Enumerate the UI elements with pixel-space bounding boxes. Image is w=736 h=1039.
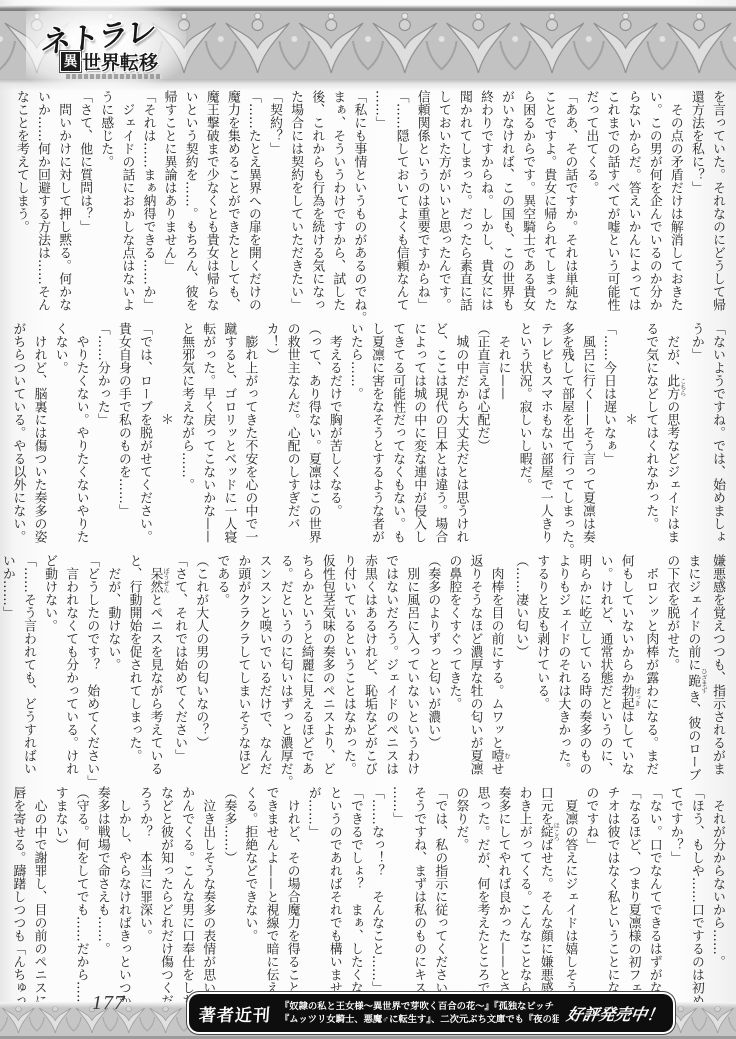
- text-line: かんでくる。こんな男に口奉仕をした: [176, 786, 197, 1004]
- text-line: なことを考えてしまう。: [11, 90, 32, 308]
- text-line: がちらついている。やる以外にない。: [7, 322, 28, 540]
- text-line: 呆然ぼうぜんとペニスを見ながら考えている: [144, 554, 169, 772]
- text-line: （奏多のよりずっと匂いが濃い）: [422, 554, 443, 772]
- text-line: ＊: [619, 322, 640, 540]
- text-line: 「どうしたのです？ 始めてください」: [81, 554, 102, 772]
- text-line: そうですね、まずは私のものにキスを: [408, 786, 429, 1004]
- text-line: だが、動けない。: [102, 554, 123, 772]
- text-line: などと彼が知ったらどれだけ傷つくだ: [155, 786, 176, 1004]
- text-line: というのであればそれでも構いません: [324, 786, 345, 1004]
- text-line: よりもジェイドのそれは大きかった。: [552, 554, 573, 772]
- text-line: ……」: [369, 90, 390, 308]
- on-sale-badge: 好評発売中！: [565, 1002, 665, 1025]
- text-line: けれど、脳裏には傷ついた奏多の姿: [28, 322, 49, 540]
- author-books-label: 著者近刊: [198, 1001, 272, 1026]
- text-line: わき上がってくる。こんなことならば: [514, 786, 535, 1004]
- page-body: を言っていた。それなのにどうして帰還方法を私に？」 その点の矛盾だけは解消してお…: [8, 90, 728, 1004]
- text-line: 還方法を私に？」: [686, 90, 707, 308]
- text-line: 「さて、他に質問は？」: [74, 90, 95, 308]
- text-line: 考えるだけで胸が苦しくなる。: [324, 322, 345, 540]
- text-line: ではないだろう。ジェイドのペニスは: [380, 554, 401, 772]
- text-line: 「それは……まぁ納得できる……か」: [137, 90, 158, 308]
- text-line: （……凄い匂い）: [510, 554, 531, 772]
- text-line: ど、ここは現代の日本とは違う。場合: [429, 322, 450, 540]
- text-line: し夏凛に害をなそうとするような者が: [366, 322, 387, 540]
- author-books-bar: 著者近刊 『奴隷の私と王女様～異世界で芽吹く百合の花～』『孤独なビッチ 異世界風…: [189, 994, 673, 1032]
- text-line: 「契約？」: [264, 90, 285, 308]
- text-line: の鼻腔をくすぐってきた。: [443, 554, 464, 772]
- text-line: いたら……。: [345, 322, 366, 540]
- text-line: それに——: [492, 322, 513, 540]
- text-line: いか……何か回避する方法は……そん: [32, 90, 53, 308]
- text-line: これまでの話すべてが嘘という可能性: [601, 90, 622, 308]
- text-band-1: を言っていた。それなのにどうして帰還方法を私に？」 その点の矛盾だけは解消してお…: [8, 90, 728, 308]
- text-line: 赤黒くはあるけれど、恥垢などがこび: [359, 554, 380, 772]
- text-line: 思った。だが、何を考えたところで後: [471, 786, 492, 1004]
- text-band-2: 「ないようですね。では、始めましょうか」 だが、此方こちらの思考などジェイドはま…: [8, 322, 728, 540]
- text-line: 風呂に行く——そう言って夏凛は奏: [577, 322, 598, 540]
- text-line: ＊: [155, 322, 176, 540]
- text-line: 後、これからも行為を続ける気になっ: [306, 90, 327, 308]
- text-line: 「……なっ！？ そんなこと……」: [366, 786, 387, 1004]
- text-line: カ！）: [260, 322, 281, 540]
- text-line: の下衣を脱がせた。: [661, 554, 682, 772]
- text-line: 何もしていないからか勃起ぼっきはしていな: [616, 554, 641, 772]
- text-line: 「ない。口でなんてできるはずがない」: [644, 786, 665, 1004]
- text-line: 「私にも事情というものがあるのでね。: [348, 90, 369, 308]
- text-line: 「……分かった」: [92, 322, 113, 540]
- text-line: と無邪気に考えながら……。: [176, 322, 197, 540]
- text-line: ジェイドの話におかしな点はないよ: [116, 90, 137, 308]
- text-line: という状況。寂しいし暇だ。: [514, 322, 535, 540]
- text-line: ら困るからです。異空騎士である貴女: [517, 90, 538, 308]
- text-line: 蹴すると、ゴロリッとベッドに一人寝: [218, 322, 239, 540]
- text-line: 「……たとえ異界への扉を開くだけの: [243, 90, 264, 308]
- text-line: い。この男が何を企んでいるのか分か: [644, 90, 665, 308]
- book-titles-line1: 『奴隷の私と王女様～異世界で芽吹く百合の花～』『孤独なビッチ 異世界風俗のモン娘…: [280, 1001, 559, 1011]
- text-line: 返りそうなほど濃厚な牡の匂いが夏凛: [464, 554, 485, 772]
- text-line: うか」: [686, 322, 707, 540]
- text-line: である。: [211, 554, 232, 772]
- text-line: しかし、やらなければきっといつか: [113, 786, 134, 1004]
- text-line: まにジェイドの前に跪ひざまずき、彼のローブ: [682, 554, 707, 772]
- text-line: それが分からないから……。: [707, 786, 728, 1004]
- text-line: 奏多は戦場で命さえも……。: [92, 786, 113, 1004]
- text-line: いという契約を……。もちろん、彼を: [180, 90, 201, 308]
- text-line: 「では、ローブを脱がせてください。: [134, 322, 155, 540]
- text-line: 「ないようですね。では、始めましょ: [707, 322, 728, 540]
- text-line: 口元を綻ほころばせた。そんな顔に嫌悪感が: [535, 786, 560, 1004]
- text-line: （これが大人の男の匂いなの？）: [190, 554, 211, 772]
- text-line: 魔王撃破まで少なくとも貴女は帰らな: [201, 90, 222, 308]
- logo-subtitle-first-char: 異: [60, 51, 81, 72]
- text-line: 仮性包茎気味の奏多のペニスより、ど: [317, 554, 338, 772]
- text-line: ……」: [387, 786, 408, 1004]
- text-line: 転がった。早く戻ってこないかな——: [197, 322, 218, 540]
- text-line: まぁ、そういうわけですから、試した: [327, 90, 348, 308]
- page-number: 177: [92, 992, 125, 1015]
- text-line: 夏凛の答えにジェイドは嬉しそうに: [559, 786, 580, 1004]
- logo-caption-strip: [66, 74, 162, 79]
- text-line: （守る。何をしてでも……だから……: [71, 786, 92, 1004]
- text-line: ことですよ。貴女に帰られてしまった: [538, 90, 559, 308]
- text-line: のですね」: [580, 786, 601, 1004]
- text-line: 「……隠しておいてよくも信頼なんて: [391, 90, 412, 308]
- text-line: の救世主なんだ。心配のしすぎだバ: [282, 322, 303, 540]
- text-line: 貴女自身の手で私のものを……」: [113, 322, 134, 540]
- text-line: 別に風呂に入っていないというわけ: [401, 554, 422, 772]
- text-line: 膨れ上がってきた不安を心の中で一: [239, 322, 260, 540]
- text-line: 帰すことに異論はありません」: [158, 90, 179, 308]
- text-line: がいなければ、この国も、この世界も: [496, 90, 517, 308]
- text-line: （奏多……）: [218, 786, 239, 1004]
- text-line: ろうか？ 本当に罪深い。: [134, 786, 155, 1004]
- text-line: けれど、その場合魔力を得ることは: [282, 786, 303, 1004]
- text-line: によっては城の中に変な連中が侵入し: [408, 322, 429, 540]
- text-line: てですか？」: [665, 786, 686, 1004]
- text-line: ど動けない。: [39, 554, 60, 772]
- text-line: 「さて、それでは始めてください」: [169, 554, 190, 772]
- text-line: 「では、私の指示に従ってください。: [429, 786, 450, 1004]
- text-line: 唇を寄せる。躊躇しつつも「んちゅっ」: [7, 786, 28, 1004]
- text-line: 肉棒を目の前にする。ムワッと噎むせ: [485, 554, 510, 772]
- text-line: すまない）: [50, 786, 71, 1004]
- text-line: 魔力を集めることができたとしても、: [222, 90, 243, 308]
- text-line: くない。: [50, 322, 71, 540]
- text-line: が……」: [303, 786, 324, 1004]
- text-line: 「……そう言われても、どうすればい: [18, 554, 39, 772]
- text-line: ちらかというと綺麗に見えるほどであ: [296, 554, 317, 772]
- text-line: チオは彼ではなく私ということになる: [601, 786, 622, 1004]
- text-line: の祭りだ。: [450, 786, 471, 1004]
- text-line: と、行動開始を促されてしまった。: [123, 554, 144, 772]
- text-line: 明らかに屹立している時の奏多のもの: [573, 554, 594, 772]
- text-line: うに感じた。: [95, 90, 116, 308]
- logo-subtitle-rest: 世界転移: [82, 48, 158, 75]
- text-band-3: 嫌悪感を覚えつつも、指示されるがままにジェイドの前に跪ひざまずき、彼のローブの下…: [8, 554, 728, 772]
- logo-subtitle: 異 世界転移: [60, 48, 158, 75]
- text-line: るで気になどしてはくれなかった。: [640, 322, 661, 540]
- text-line: スンスンと嗅いでいるだけで、なんだ: [253, 554, 274, 772]
- text-line: だって出てくる。: [580, 90, 601, 308]
- text-line: 嫌悪感を覚えつつも、指示されるがま: [707, 554, 728, 772]
- text-line: （正直言えば心配だ）: [471, 322, 492, 540]
- text-line: ボロンッと肉棒が露わになる。まだ: [640, 554, 661, 772]
- text-line: だが、此方こちらの思考などジェイドはま: [661, 322, 686, 540]
- text-line: 城の中だから大丈夫だとは思うけれ: [450, 322, 471, 540]
- text-line: 心の中で謝罪し、目の前のペニスに: [28, 786, 49, 1004]
- text-line: 「ああ、その話ですか。それは単純な: [559, 90, 580, 308]
- text-line: る。だというのに匂いはずっと濃厚だ。: [275, 554, 296, 772]
- text-line: 多を残して部屋を出て行ってしまった。: [556, 322, 577, 540]
- text-line: らないからだ。答えいかんによっては: [623, 90, 644, 308]
- text-line: しておいた方がいいと思ったんです。: [433, 90, 454, 308]
- text-line: 「できるでしょ？ まぁ、したくない: [345, 786, 366, 1004]
- text-line: その点の矛盾だけは解消しておきた: [665, 90, 686, 308]
- book-titles-line2: 『ムッツリ女騎士、悪魔♂に転生す』、二次元ぶち文庫でも『夜の狙撃手』など公開中！: [280, 1014, 559, 1024]
- text-line: くる。拒絶などできない。: [239, 786, 260, 1004]
- book-titles: 『奴隷の私と王女様～異世界で芽吹く百合の花～』『孤独なビッチ 異世界風俗のモン娘…: [280, 1000, 559, 1025]
- text-line: テレビもスマホもない部屋で一人きり: [535, 322, 556, 540]
- series-logo: ネトラレ 異 世界転移: [26, 4, 186, 92]
- text-line: 問いかけに対して押し黙る。何かな: [53, 90, 74, 308]
- text-line: 終わりですからね。しかし、貴女には: [475, 90, 496, 308]
- text-line: 信頼関係というのは重要ですからね」: [412, 90, 433, 308]
- text-line: り付いているということはなかった。: [338, 554, 359, 772]
- text-line: 泣き出しそうな奏多の表情が思い浮: [197, 786, 218, 1004]
- text-band-4: それが分からないから……。「ほう、もしや……口でするのは初めてですか？」「ない。…: [8, 786, 728, 1004]
- text-line: いか……」: [0, 554, 18, 772]
- text-line: 奏多にしてやれば良かった——とさえ: [492, 786, 513, 1004]
- text-line: てきてる可能性だってなくもない。も: [387, 322, 408, 540]
- text-line: を言っていた。それなのにどうして帰: [707, 90, 728, 308]
- text-line: 「なるほど、つまり夏凛様の初フェラ: [623, 786, 644, 1004]
- text-line: 「……今日は遅いなぁ」: [598, 322, 619, 540]
- text-line: （って、あり得ない。夏凛はこの世界: [303, 322, 324, 540]
- text-line: た場合には契約をしていただきたい」: [285, 90, 306, 308]
- text-line: か頭がクラクラしてしまいそうなほど: [232, 554, 253, 772]
- text-line: するりと皮も剥けている。: [531, 554, 552, 772]
- text-line: やりたくない。やりたくないやりた: [71, 322, 92, 540]
- text-line: い。けれど、通常状態だというのに、: [594, 554, 615, 772]
- text-line: 言われなくても分かっている。けれ: [60, 554, 81, 772]
- text-line: 聞かれてしまった。だったら素直に話: [454, 90, 475, 308]
- text-line: 「ほう、もしや……口でするのは初め: [686, 786, 707, 1004]
- text-line: できませんよ——と視線で暗に伝えて: [260, 786, 281, 1004]
